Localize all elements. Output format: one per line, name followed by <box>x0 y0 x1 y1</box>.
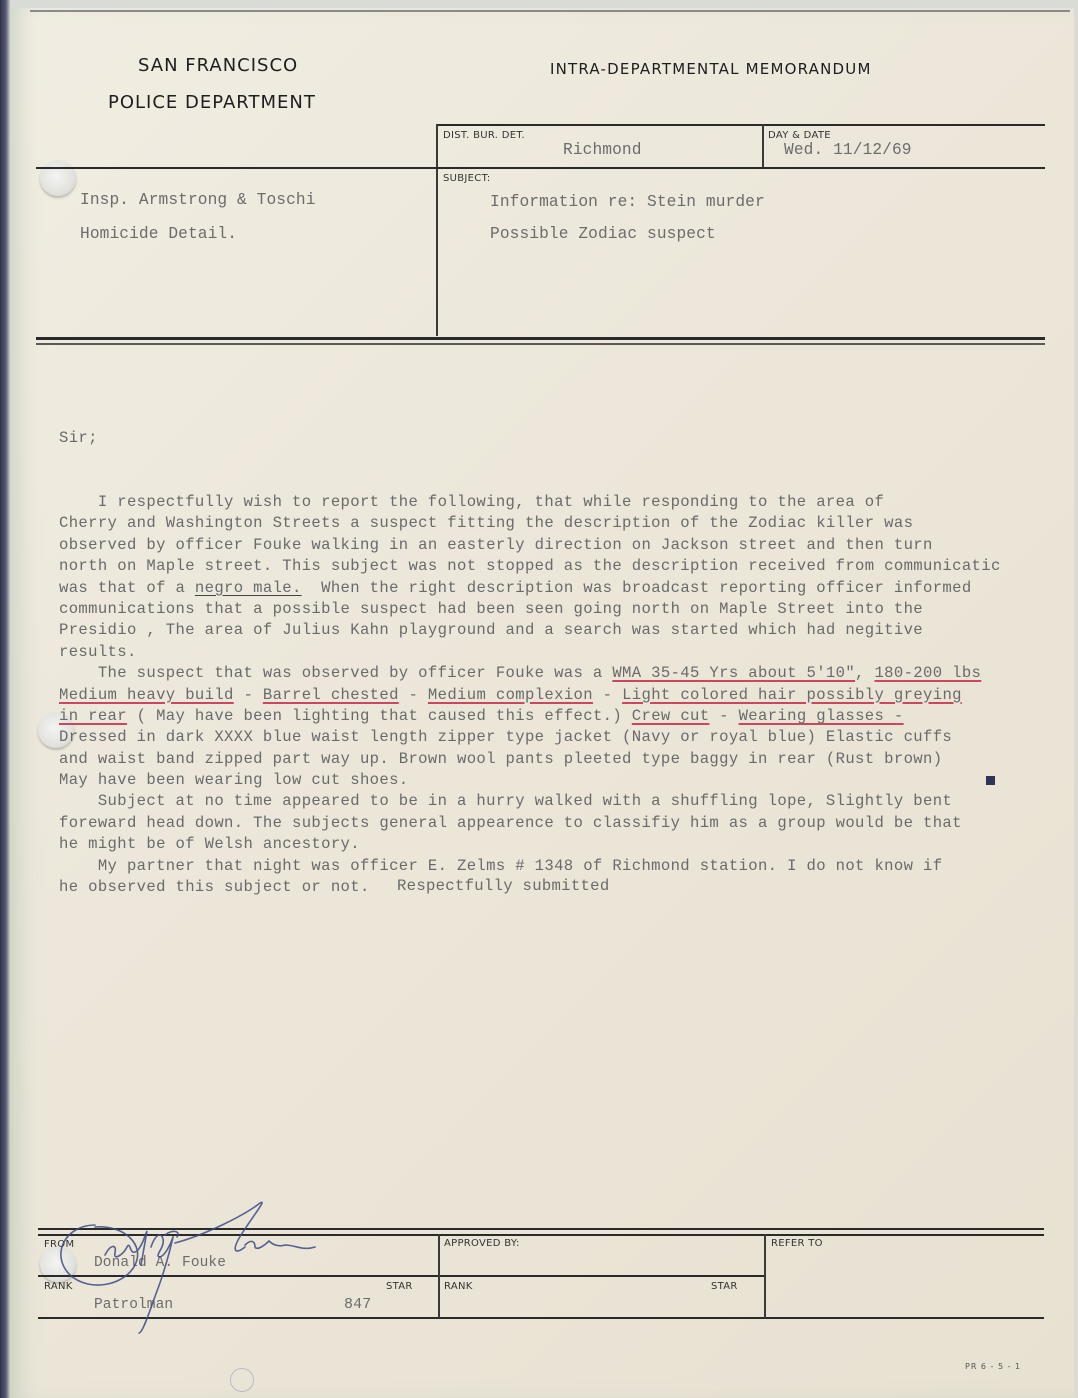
body-line: observed by officer Fouke walking in an … <box>59 535 1078 556</box>
punch-hole-bottom <box>40 1246 76 1282</box>
highlighted-description: Barrel chested <box>263 686 399 704</box>
ink-blot <box>986 776 995 785</box>
highlighted-description: Medium complexion <box>428 686 593 704</box>
punch-hole-top <box>40 160 76 196</box>
form-divider <box>438 1234 440 1318</box>
body-line: I respectfully wish to report the follow… <box>59 492 1078 513</box>
highlighted-description: Wearing glasses - <box>739 707 904 725</box>
body-line: and waist band zipped part way up. Brown… <box>59 749 1078 770</box>
form-rule <box>36 167 1045 169</box>
form-rule <box>38 1234 1044 1236</box>
body-line: in rear ( May have been lighting that ca… <box>59 706 1078 727</box>
form-rule <box>38 1228 1044 1230</box>
highlighted-description: 180-200 lbs <box>874 664 981 682</box>
closing: Respectfully submitted <box>397 877 609 895</box>
body-line: north on Maple street. This subject was … <box>59 556 1078 577</box>
form-rule <box>437 124 1045 126</box>
body-line: May have been wearing low cut shoes. <box>59 770 1078 791</box>
dist-value: Richmond <box>563 141 642 159</box>
form-rule <box>38 1317 1044 1319</box>
subject-label: SUBJECT: <box>443 173 491 184</box>
body-line: My partner that night was officer E. Zel… <box>59 856 1078 877</box>
highlighted-description: Medium heavy build <box>59 686 234 704</box>
star-label: STAR <box>386 1281 413 1292</box>
stamp-mark <box>230 1368 254 1392</box>
subject-line1: Information re: Stein murder <box>490 193 765 211</box>
rank-value: Patrolman <box>94 1297 173 1313</box>
binder-edge <box>0 0 10 1398</box>
date-label: DAY & DATE <box>768 130 831 141</box>
date-value: Wed. 11/12/69 <box>784 141 912 159</box>
org-name-line2: POLICE DEPARTMENT <box>108 92 316 113</box>
highlighted-description: WMA 35-45 Yrs about 5'10" <box>612 664 855 682</box>
body-line: was that of a negro male. When the right… <box>59 578 1078 599</box>
refer-to-label: REFER TO <box>771 1238 823 1249</box>
rank-label: RANK <box>44 1281 73 1292</box>
form-code: PR 6 - 5 - 1 <box>965 1362 1021 1371</box>
underlined-text: negro male. <box>195 579 302 597</box>
memo-title: INTRA-DEPARTMENTAL MEMORANDUM <box>550 60 872 78</box>
approved-star-label: STAR <box>711 1281 738 1292</box>
body-line: communications that a possible suspect h… <box>59 599 1078 620</box>
recipient-line1: Insp. Armstrong & Toschi <box>80 191 316 209</box>
form-rule <box>36 343 1045 345</box>
star-value: 847 <box>344 1296 371 1313</box>
form-rule <box>36 337 1045 340</box>
form-divider <box>764 1234 766 1318</box>
body-line: Cherry and Washington Streets a suspect … <box>59 513 1078 534</box>
paper-edge <box>30 10 1070 12</box>
body-line: Presidio , The area of Julius Kahn playg… <box>59 620 1078 641</box>
body-line: he might be of Welsh ancestory. <box>59 834 1078 855</box>
approved-rank-label: RANK <box>444 1281 473 1292</box>
dist-label: DIST. BUR. DET. <box>443 130 525 141</box>
highlighted-description: in rear <box>59 707 127 725</box>
body-line: Dressed in dark XXXX blue waist length z… <box>59 727 1078 748</box>
from-value: Donald A. Fouke <box>94 1255 226 1271</box>
subject-line2: Possible Zodiac suspect <box>490 225 716 243</box>
from-label: FROM <box>44 1239 74 1250</box>
org-name-line1: SAN FRANCISCO <box>138 55 298 76</box>
memo-body: Sir; I respectfully wish to report the f… <box>59 385 1078 920</box>
approved-by-label: APPROVED BY: <box>444 1238 520 1249</box>
salutation: Sir; <box>59 428 1078 449</box>
highlighted-description: Light colored hair possibly greying <box>622 686 962 704</box>
form-divider <box>436 124 438 336</box>
body-line: results. <box>59 642 1078 663</box>
form-rule <box>38 1275 764 1277</box>
form-divider <box>762 124 764 168</box>
recipient-line2: Homicide Detail. <box>80 225 237 243</box>
body-line: The suspect that was observed by officer… <box>59 663 1078 684</box>
body-paragraphs: I respectfully wish to report the follow… <box>59 492 1078 898</box>
highlighted-description: Crew cut <box>632 707 710 725</box>
body-line: foreward head down. The subjects general… <box>59 813 1078 834</box>
body-line: Subject at no time appeared to be in a h… <box>59 791 1078 812</box>
body-line: Medium heavy build - Barrel chested - Me… <box>59 685 1078 706</box>
